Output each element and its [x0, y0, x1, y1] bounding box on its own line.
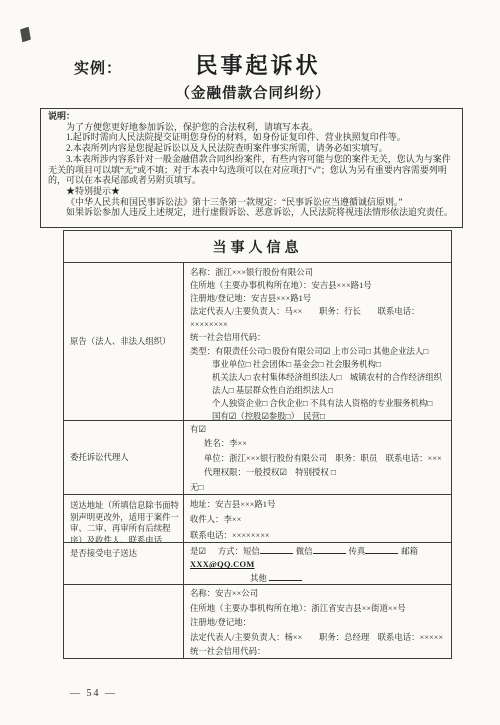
page-number: — 54 — — [70, 688, 117, 699]
eservice-sms-label: 短信 — [243, 547, 260, 556]
defendant-row-label — [64, 585, 184, 659]
defendant-legal-rep-field: 法定代表人/主要负责人：杨×× 职务：总经理 联系电话：××××× — [190, 631, 449, 646]
defendant-name-field: 名称：安吉××公司 — [190, 587, 449, 602]
plaintiff-row-label: 原告（法人、非法人组织） — [64, 263, 184, 420]
special-notice-1: 《中华人民共和国民事诉讼法》第十三条第一款规定：“民事诉讼应当遵循诚信原则。” — [48, 197, 456, 208]
section-title: 当事人信息 — [213, 237, 303, 257]
eservice-yes-line: 是☑方式：短信微信传真邮箱 XXX@QQ.COM — [190, 545, 449, 572]
example-label: 实例： — [74, 57, 122, 78]
service-recipient-field: 收件人：李×× — [190, 512, 449, 527]
plaintiff-row: 原告（法人、非法人组织） 名称：浙江×××银行股份有限公司 住所地（主要办事机构… — [64, 262, 451, 420]
eservice-fax-label: 传真 — [349, 547, 366, 556]
eservice-fax-blank — [365, 546, 398, 554]
agent-none-checkbox: 无□ — [190, 481, 449, 494]
eservice-row-label: 是否接受电子送达 — [64, 543, 184, 584]
agent-row-label: 委托诉讼代理人 — [64, 421, 184, 494]
eservice-wechat-blank — [313, 546, 346, 554]
instructions-box: 说明： 为了方便您更好地参加诉讼，保护您的合法权利，请填写本表。 1.起诉时需向… — [40, 108, 463, 228]
service-address-fields: 地址：安吉县×××路1号 收件人：李×× 联系电话：×××××××× — [184, 495, 451, 542]
eservice-email-label: 邮箱 — [401, 547, 418, 556]
eservice-method-label: 方式： — [218, 547, 243, 556]
eservice-email-value: XXX@QQ.COM — [190, 560, 255, 569]
agent-unit-field: 单位：浙江×××银行股份有限公司 职务：职员 联系电话：××× — [190, 452, 449, 466]
defendant-domicile-field: 住所地（主要办事机构所在地）：浙江省安吉县××街道××号 — [190, 602, 449, 617]
plaintiff-name-field: 名称：浙江×××银行股份有限公司 — [190, 266, 449, 279]
instruction-item-3: 3.本表所涉内容系针对一般金融借款合同纠纷案件，有些内容可能与您的案件无关，您认… — [48, 154, 456, 186]
page-subtitle: （金融借款合同纠纷） — [0, 82, 500, 103]
plaintiff-type-checkboxes-3: 机关法人□ 农村集体经济组织法人□ 城镇农村的合作经济组织法人□ 基层群众性自治… — [190, 371, 449, 397]
plaintiff-ownership-checkboxes: 国有☑（控股☑参股□） 民营□ — [190, 410, 449, 420]
plaintiff-type-checkboxes-2: 事业单位□ 社会团体□ 基金会□ 社会服务机构□ — [190, 358, 449, 371]
service-address-field: 地址：安吉县×××路1号 — [190, 497, 449, 512]
defendant-credit-code-field: 统一社会信用代码： — [190, 645, 449, 659]
eservice-other-line: 其他 — [190, 572, 449, 584]
eservice-other-label: 其他 — [250, 574, 267, 583]
special-notice-2: 如果诉讼参加人违反上述规定，进行虚假诉讼、恶意诉讼，人民法院将视违法情形依法追究… — [48, 207, 456, 218]
service-address-row: 送达地址（所填信息除书面特别声明更改外，适用于案件一审、二审、再审所有后续程序）… — [64, 494, 451, 542]
defendant-registered-field: 注册地/登记地： — [190, 616, 449, 631]
eservice-row: 是否接受电子送达 是☑方式：短信微信传真邮箱 XXX@QQ.COM 其他 否□ — [64, 542, 451, 584]
eservice-fields: 是☑方式：短信微信传真邮箱 XXX@QQ.COM 其他 否□ — [184, 543, 451, 584]
service-phone-field: 联系电话：×××××××× — [190, 528, 449, 542]
instruction-item-1: 1.起诉时需向人民法院提交证明您身份的材料，如身份证复印件、营业执照复印件等。 — [48, 132, 456, 143]
defendant-row: 名称：安吉××公司 住所地（主要办事机构所在地）：浙江省安吉县××街道××号 注… — [64, 584, 451, 659]
agent-fields: 有☑ 姓名：李×× 单位：浙江×××银行股份有限公司 职务：职员 联系电话：××… — [184, 421, 451, 494]
eservice-other-blank — [269, 573, 302, 581]
agent-has-checkbox: 有☑ — [190, 423, 449, 437]
defendant-fields: 名称：安吉××公司 住所地（主要办事机构所在地）：浙江省安吉县××街道××号 注… — [184, 585, 451, 659]
plaintiff-registered-field: 注册地/登记地：安吉县×××路1号 — [190, 292, 449, 305]
section-title-row: 当事人信息 — [64, 231, 451, 262]
instructions-heading: 说明： — [48, 111, 456, 122]
instruction-item-2: 2.本表所列内容是您提起诉讼以及人民法院查明案件事实所需，请务必如实填写。 — [48, 143, 456, 154]
plaintiff-legal-rep-field: 法定代表人/主要负责人：马×× 职务：行长 联系电话：×××××××× — [190, 305, 449, 331]
scan-artifact — [20, 27, 31, 43]
plaintiff-domicile-field: 住所地（主要办事机构所在地）：安吉县×××路1号 — [190, 279, 449, 292]
eservice-sms-blank — [260, 546, 293, 554]
eservice-yes-checkbox: 是☑ — [190, 547, 206, 556]
agent-authority-checkboxes: 代理权限：一般授权☑ 特别授权 □ — [190, 466, 449, 480]
plaintiff-type-checkboxes-1: 类型：有限责任公司□ 股份有限公司☑ 上市公司□ 其他企业法人□ — [190, 345, 449, 358]
instructions-intro: 为了方便您更好地参加诉讼，保护您的合法权利，请填写本表。 — [48, 122, 456, 133]
eservice-wechat-label: 微信 — [296, 547, 313, 556]
plaintiff-type-checkboxes-4: 个人独资企业□ 合伙企业□ 不具有法人资格的专业服务机构□ — [190, 397, 449, 410]
agent-name-field: 姓名：李×× — [190, 437, 449, 451]
service-address-row-label: 送达地址（所填信息除书面特别声明更改外，适用于案件一审、二审、再审所有后续程序）… — [64, 495, 184, 542]
party-info-table: 当事人信息 原告（法人、非法人组织） 名称：浙江×××银行股份有限公司 住所地（… — [63, 230, 452, 659]
agent-row: 委托诉讼代理人 有☑ 姓名：李×× 单位：浙江×××银行股份有限公司 职务：职员… — [64, 420, 451, 494]
plaintiff-credit-code-field: 统一社会信用代码： — [190, 331, 449, 344]
special-notice-title: ★特别提示★ — [48, 186, 456, 197]
plaintiff-fields: 名称：浙江×××银行股份有限公司 住所地（主要办事机构所在地）：安吉县×××路1… — [184, 263, 451, 420]
